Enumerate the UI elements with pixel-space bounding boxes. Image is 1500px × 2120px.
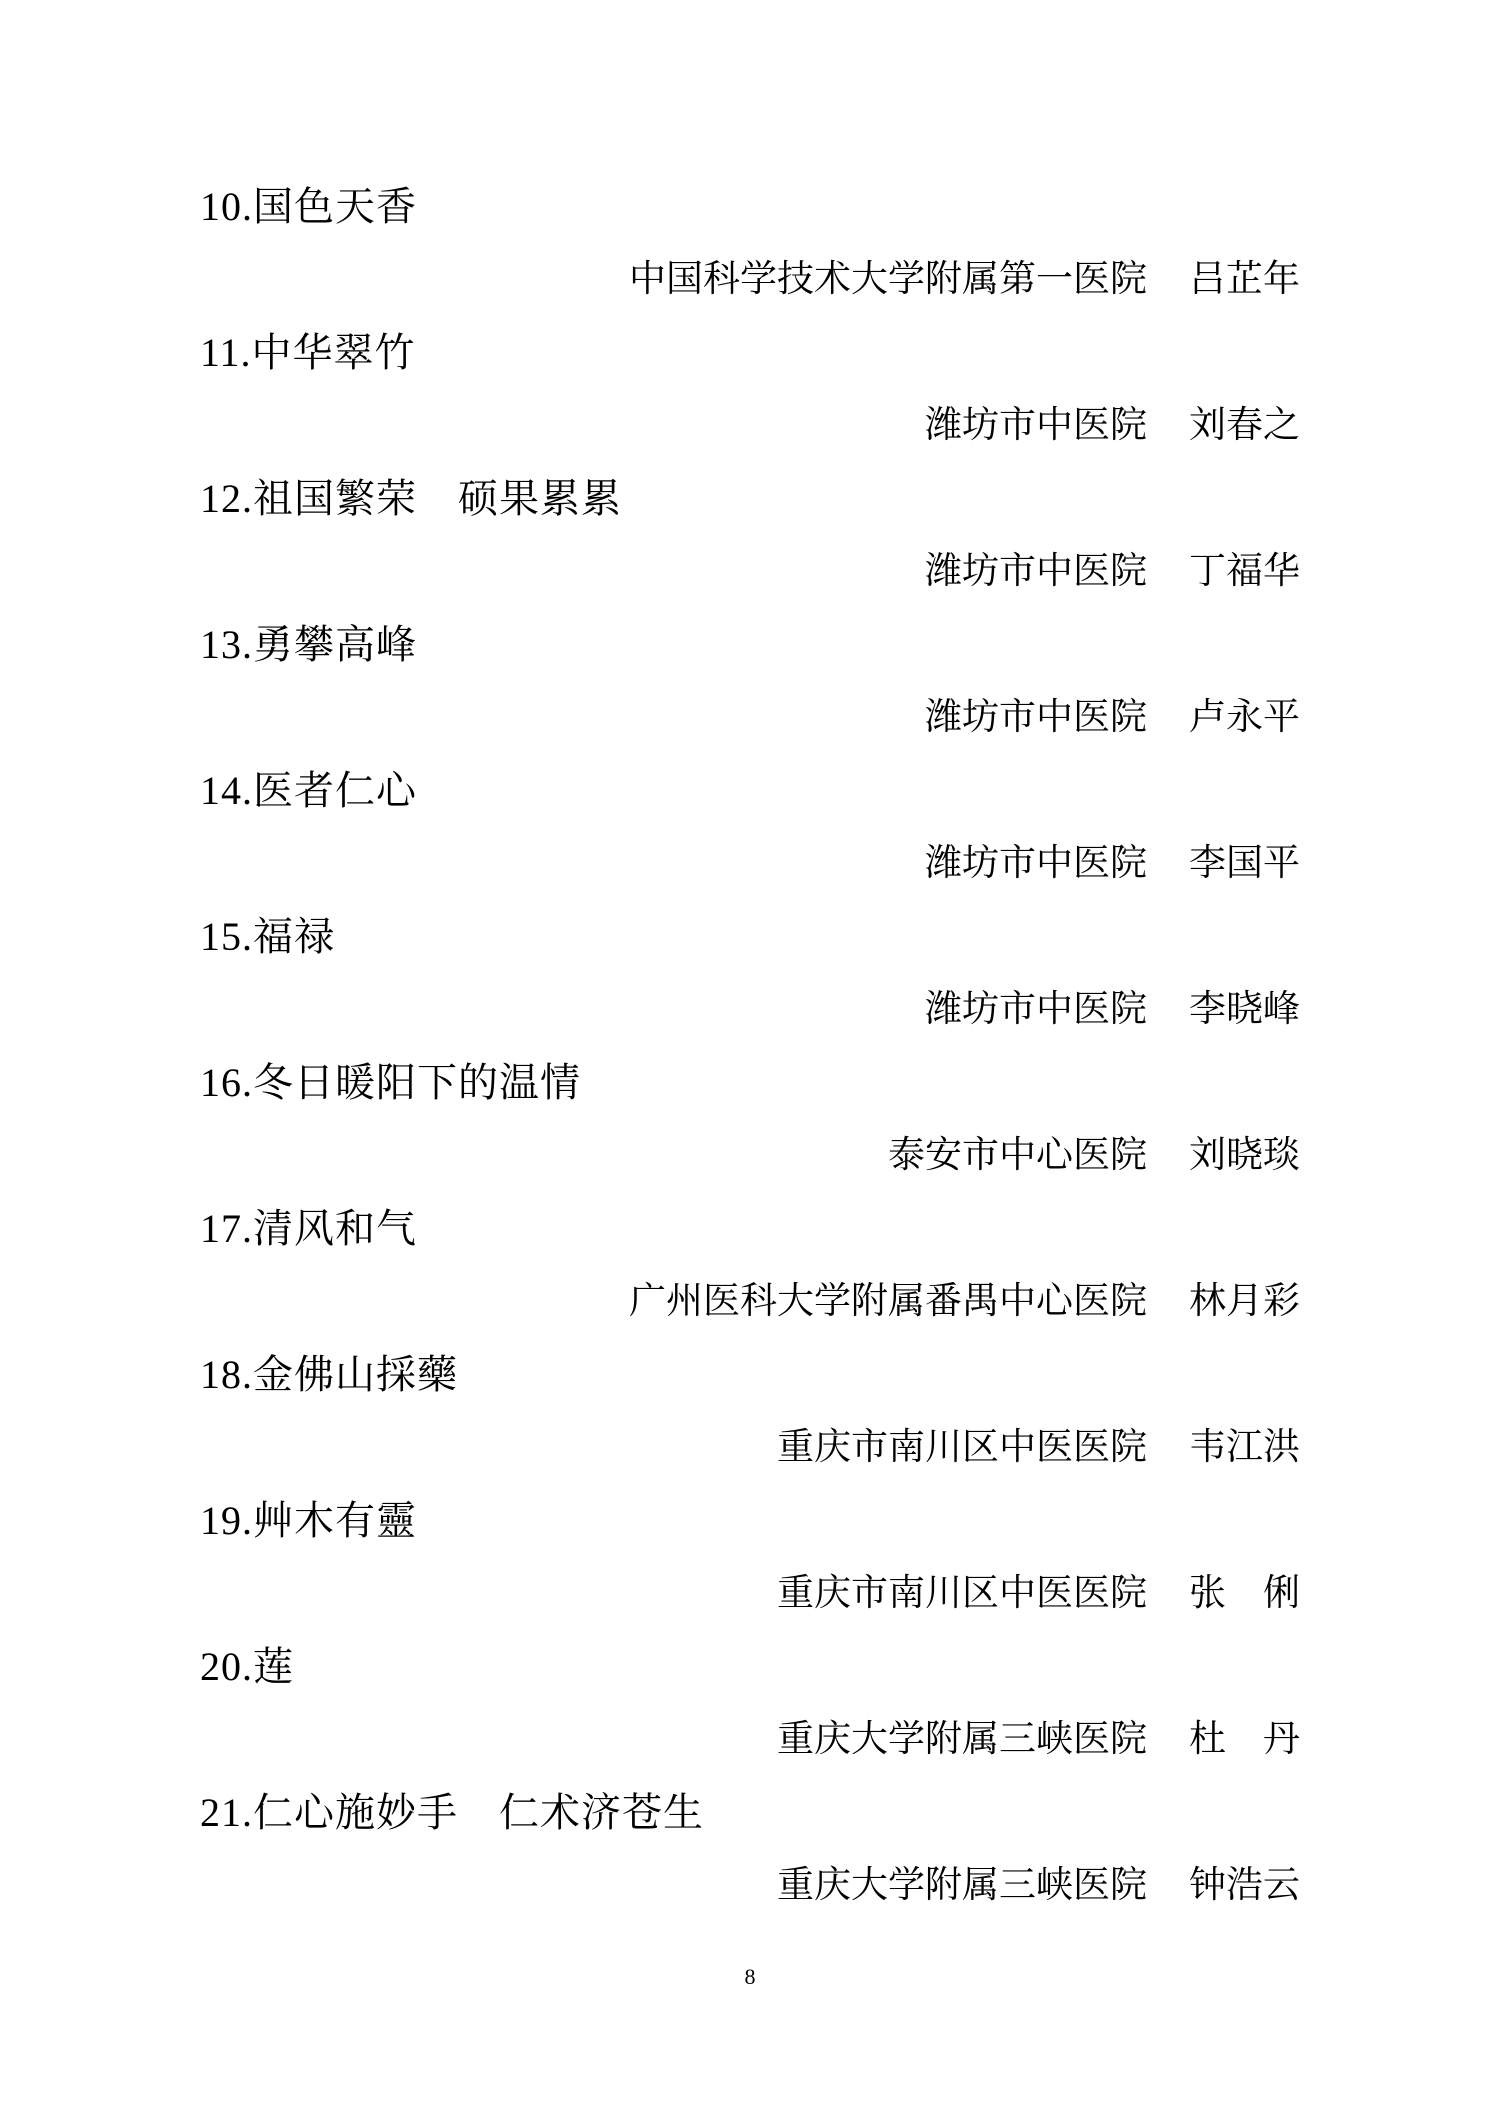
- entry-number: 16.: [200, 1060, 253, 1105]
- document-page: 10.国色天香 中国科学技术大学附属第一医院吕芷年 11.中华翠竹 潍坊市中医院…: [0, 0, 1500, 2120]
- entry-number: 18.: [200, 1352, 253, 1397]
- entry-author: 刘晓琰: [1189, 1135, 1300, 1176]
- entry-title: 国色天香: [253, 184, 417, 229]
- entry-list: 10.国色天香 中国科学技术大学附属第一医院吕芷年 11.中华翠竹 潍坊市中医院…: [200, 170, 1300, 1922]
- entry-author: 钟浩云: [1189, 1865, 1300, 1906]
- entry-item: 20.莲 重庆大学附属三峡医院杜 丹: [200, 1630, 1300, 1776]
- entry-attribution-line: 潍坊市中医院卢永平: [200, 681, 1300, 754]
- entry-title: 祖国繁荣 硕果累累: [253, 476, 622, 521]
- entry-title-line: 12.祖国繁荣 硕果累累: [200, 462, 1300, 535]
- entry-number: 14.: [200, 768, 253, 813]
- entry-item: 14.医者仁心 潍坊市中医院李国平: [200, 754, 1300, 900]
- entry-author: 李国平: [1189, 843, 1300, 884]
- entry-title-line: 13.勇攀高峰: [200, 608, 1300, 681]
- entry-hospital: 潍坊市中医院: [925, 989, 1147, 1030]
- entry-attribution-line: 潍坊市中医院李晓峰: [200, 973, 1300, 1046]
- entry-title: 莲: [253, 1644, 294, 1689]
- entry-title: 艸木有靈: [253, 1498, 417, 1543]
- entry-title-line: 14.医者仁心: [200, 754, 1300, 827]
- entry-attribution-line: 重庆市南川区中医医院张 俐: [200, 1557, 1300, 1630]
- entry-item: 21.仁心施妙手 仁术济苍生 重庆大学附属三峡医院钟浩云: [200, 1776, 1300, 1922]
- entry-number: 20.: [200, 1644, 253, 1689]
- entry-hospital: 重庆大学附属三峡医院: [777, 1865, 1147, 1906]
- entry-title: 清风和气: [253, 1206, 417, 1251]
- entry-attribution-line: 泰安市中心医院刘晓琰: [200, 1119, 1300, 1192]
- entry-title: 中华翠竹: [252, 330, 416, 375]
- entry-item: 13.勇攀高峰 潍坊市中医院卢永平: [200, 608, 1300, 754]
- entry-hospital: 潍坊市中医院: [925, 551, 1147, 592]
- entry-author: 李晓峰: [1189, 989, 1300, 1030]
- entry-number: 15.: [200, 914, 253, 959]
- entry-title: 金佛山採藥: [253, 1352, 458, 1397]
- entry-title-line: 19.艸木有靈: [200, 1484, 1300, 1557]
- entry-hospital: 泰安市中心医院: [888, 1135, 1147, 1176]
- entry-number: 12.: [200, 476, 253, 521]
- entry-number: 19.: [200, 1498, 253, 1543]
- entry-hospital: 潍坊市中医院: [925, 697, 1147, 738]
- entry-item: 10.国色天香 中国科学技术大学附属第一医院吕芷年: [200, 170, 1300, 316]
- entry-item: 12.祖国繁荣 硕果累累 潍坊市中医院丁福华: [200, 462, 1300, 608]
- entry-number: 21.: [200, 1790, 253, 1835]
- entry-number: 17.: [200, 1206, 253, 1251]
- entry-title-line: 10.国色天香: [200, 170, 1300, 243]
- entry-hospital: 广州医科大学附属番禺中心医院: [629, 1281, 1147, 1322]
- entry-title-line: 15.福禄: [200, 900, 1300, 973]
- entry-author: 林月彩: [1189, 1281, 1300, 1322]
- entry-attribution-line: 中国科学技术大学附属第一医院吕芷年: [200, 243, 1300, 316]
- page-number: 8: [0, 1962, 1500, 1992]
- entry-number: 13.: [200, 622, 253, 667]
- entry-hospital: 潍坊市中医院: [925, 405, 1147, 446]
- entry-item: 18.金佛山採藥 重庆市南川区中医医院韦江洪: [200, 1338, 1300, 1484]
- entry-author: 卢永平: [1189, 697, 1300, 738]
- entry-title-line: 16.冬日暖阳下的温情: [200, 1046, 1300, 1119]
- entry-hospital: 中国科学技术大学附属第一医院: [629, 259, 1147, 300]
- entry-attribution-line: 重庆市南川区中医医院韦江洪: [200, 1411, 1300, 1484]
- entry-author: 丁福华: [1189, 551, 1300, 592]
- entry-attribution-line: 重庆大学附属三峡医院杜 丹: [200, 1703, 1300, 1776]
- entry-attribution-line: 潍坊市中医院李国平: [200, 827, 1300, 900]
- entry-item: 17.清风和气 广州医科大学附属番禺中心医院林月彩: [200, 1192, 1300, 1338]
- entry-item: 19.艸木有靈 重庆市南川区中医医院张 俐: [200, 1484, 1300, 1630]
- entry-title: 医者仁心: [253, 768, 417, 813]
- entry-attribution-line: 潍坊市中医院刘春之: [200, 389, 1300, 462]
- entry-author: 韦江洪: [1189, 1427, 1300, 1468]
- entry-attribution-line: 潍坊市中医院丁福华: [200, 535, 1300, 608]
- entry-attribution-line: 广州医科大学附属番禺中心医院林月彩: [200, 1265, 1300, 1338]
- entry-hospital: 重庆大学附属三峡医院: [777, 1719, 1147, 1760]
- entry-title-line: 17.清风和气: [200, 1192, 1300, 1265]
- entry-title: 福禄: [253, 914, 335, 959]
- entry-item: 11.中华翠竹 潍坊市中医院刘春之: [200, 316, 1300, 462]
- entry-hospital: 重庆市南川区中医医院: [777, 1427, 1147, 1468]
- entry-attribution-line: 重庆大学附属三峡医院钟浩云: [200, 1849, 1300, 1922]
- entry-hospital: 重庆市南川区中医医院: [777, 1573, 1147, 1614]
- entry-title-line: 11.中华翠竹: [200, 316, 1300, 389]
- entry-title-line: 18.金佛山採藥: [200, 1338, 1300, 1411]
- entry-author: 张 俐: [1189, 1573, 1300, 1614]
- entry-title-line: 20.莲: [200, 1630, 1300, 1703]
- entry-author: 吕芷年: [1189, 259, 1300, 300]
- entry-hospital: 潍坊市中医院: [925, 843, 1147, 884]
- entry-number: 10.: [200, 184, 253, 229]
- entry-item: 16.冬日暖阳下的温情 泰安市中心医院刘晓琰: [200, 1046, 1300, 1192]
- entry-title: 勇攀高峰: [253, 622, 417, 667]
- entry-number: 11.: [200, 330, 252, 375]
- entry-author: 杜 丹: [1189, 1719, 1300, 1760]
- entry-title: 冬日暖阳下的温情: [253, 1060, 581, 1105]
- entry-title-line: 21.仁心施妙手 仁术济苍生: [200, 1776, 1300, 1849]
- entry-item: 15.福禄 潍坊市中医院李晓峰: [200, 900, 1300, 1046]
- entry-author: 刘春之: [1189, 405, 1300, 446]
- entry-title: 仁心施妙手 仁术济苍生: [253, 1790, 704, 1835]
